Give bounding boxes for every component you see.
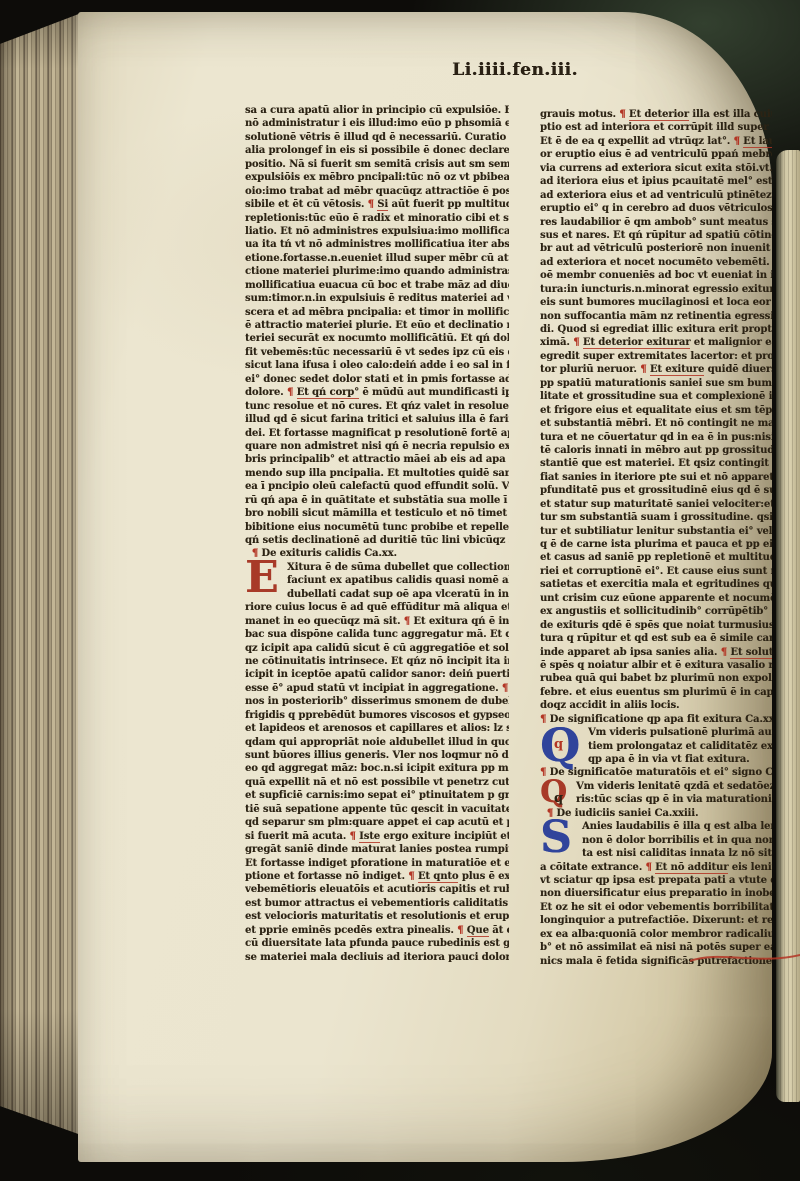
- rubric-flourish: [688, 948, 800, 966]
- text-line: via currens ad exteriora sicut exita stō…: [540, 162, 772, 175]
- text-line: tura et ne cōuertatur qd in ea ē in pus:…: [540, 431, 772, 444]
- paraph-mark: ¶: [721, 647, 727, 658]
- text-line: fiat sanies in iteriore pte sui et nō ap…: [540, 471, 772, 484]
- text-line: scera et ad mēbra pncipalia: et timor in…: [245, 306, 509, 319]
- text-line: est velocioris maturitatis et resolution…: [245, 910, 509, 923]
- text-line: pfunditatē pus et grossitudinē eius qd ē…: [540, 484, 772, 497]
- text-line: et casus ad saniē pp repletionē et multi…: [540, 551, 772, 564]
- text-line: faciunt ex apatibus calidis quasi nomē a…: [245, 574, 509, 587]
- text-line: ē attractio materiei plurie. Et eūo et d…: [245, 319, 509, 332]
- text-line: ris:tūc scias qp ē in via maturationis.: [540, 793, 772, 806]
- text-line: tunc resolue et nō cures. Et qńz valet i…: [245, 400, 509, 413]
- rubric-underline: Et deterior: [629, 109, 689, 121]
- text-line: eruptio ei° q in cerebro ad duos vētricu…: [540, 202, 772, 215]
- text-line: repletionis:tūc eūo ē radix et minoratio…: [245, 212, 509, 225]
- text-line: ad iteriora eius et ipius pcauitatē mel°…: [540, 175, 772, 188]
- text-line: ximā. ¶ Et deterior exiturar et malignio…: [540, 336, 772, 349]
- text-line: ei° donec sedet dolor stati et in pmis f…: [245, 373, 509, 386]
- text-line: br aut ad vētriculū posteriorē non inuen…: [540, 242, 772, 255]
- text-line: teriei securāt ex nocumto mollificātiū. …: [245, 332, 509, 345]
- text-line: ¶ De iudiciis saniei Ca.xxiii.: [540, 807, 772, 820]
- rubric-underline: Si: [377, 199, 388, 211]
- text-line: riore cuius locus ē ad quē effūditur mā …: [245, 601, 509, 614]
- text-line: doqz accidit in aliis locis.: [540, 699, 772, 712]
- text-line: ptione et fortasse nō indiget. ¶ Et qnto…: [245, 870, 509, 883]
- text-line: sunt būores illius generis. Vler nos loq…: [245, 749, 509, 762]
- paraph-mark: ¶: [734, 136, 740, 147]
- paraph-mark: ¶: [619, 109, 625, 120]
- text-line: mollificatiua euacua cū boc et trabe māz…: [245, 279, 509, 292]
- text-line: bac sua dispōne calida tunc aggregatur m…: [245, 628, 509, 641]
- text-line: ua ita tń vt nō administres mollificatiu…: [245, 238, 509, 251]
- page-stack-fore-edge: [0, 0, 84, 1146]
- text-line: unt crisim cuz eūone apparente et nocumē…: [540, 592, 772, 605]
- text-line: fit vebemēs:tūc necessariū ē vt sedes ip…: [245, 346, 509, 359]
- text-line: nos in posteriorib° disserimus smonem de…: [245, 695, 509, 708]
- text-line: sibile et ēt cū vētosis. ¶ Si aūt fuerit…: [245, 198, 509, 211]
- text-line: stantiē que est materiei. Et qsiz contin…: [540, 457, 772, 470]
- paraph-mark: ¶: [457, 925, 463, 936]
- text-line: eo qd aggregat māz: boc.n.si icipit exit…: [245, 762, 509, 775]
- text-line: sus et nares. Et qń rūpitur ad spatiū cō…: [540, 229, 772, 242]
- text-line: ad exteriora et nocet nocumēto vebemēti.…: [540, 256, 772, 269]
- text-line: bris principalib° et attractio māei ab e…: [245, 453, 509, 466]
- text-line: litate et grossitudine sua et complexion…: [540, 390, 772, 403]
- text-line: pp spatiū maturationis saniei sue sm bum…: [540, 377, 772, 390]
- text-line: quā expellit nā et nō est possibile vt p…: [245, 776, 509, 789]
- text-line: dei. Et fortasse magnificat p resolution…: [245, 427, 509, 440]
- text-line: ne cōtinuitatis intrinsece. Et qńz nō in…: [245, 655, 509, 668]
- paraph-mark: ¶: [502, 683, 508, 694]
- text-line: et pprie eminēs pcedēs extra pinealis. ¶…: [245, 924, 509, 937]
- text-line: mendo sup illa pncipalia. Et multoties q…: [245, 467, 509, 480]
- text-line: liatio. Et nō administres expulsiua:imo …: [245, 225, 509, 238]
- guide-letter: q: [554, 739, 563, 751]
- text-line: inde apparet ab ipsa sanies alia. ¶ Et s…: [540, 646, 772, 659]
- text-line: se materiei mala decliuis ad iteriora pa…: [245, 951, 509, 964]
- rubric-underline: Iste: [359, 831, 380, 843]
- text-line: si fuerit mā acuta. ¶ Iste ergo exiture …: [245, 830, 509, 843]
- text-line: et statur sup maturitatē saniei velocite…: [540, 498, 772, 511]
- text-line: esse ē° apud statū vt incipiat in aggreg…: [245, 682, 509, 695]
- book-page: Li.iiii.fen.iii. sa a cura apatū alior i…: [78, 12, 772, 1162]
- book-photo: Li.iiii.fen.iii. sa a cura apatū alior i…: [0, 0, 800, 1181]
- text-line: ad exteriora eius et ad ventriculū ptinē…: [540, 189, 772, 202]
- rubric-underline: Et solutio: [730, 647, 772, 659]
- text-line: nō administratur i eis illud:imo eūo p p…: [245, 117, 509, 130]
- text-line: Xitura ē de sūma dubellet que collection…: [245, 561, 509, 574]
- text-line: illud qd ē sicut farina tritici et salui…: [245, 413, 509, 426]
- text-line: egredit super extremitates lacertor: et …: [540, 350, 772, 363]
- text-line: tur et subtiliatur lenitur substantia ei…: [540, 525, 772, 538]
- text-line: Vm videris lenitatē qzdā et sedatōez dol…: [540, 780, 772, 793]
- text-line: sa a cura apatū alior in principio cū ex…: [245, 104, 509, 117]
- text-line: bibitione eius nocumētū tunc probibe et …: [245, 521, 509, 534]
- text-line: vebemētioris eleuatōis et acutioris capi…: [245, 883, 509, 896]
- rubric-underline: Et exiture: [650, 364, 704, 376]
- text-line: riei et corruptionē ei°. Et cause eius s…: [540, 565, 772, 578]
- text-line: satietas et exercitia mala et egritudine…: [540, 578, 772, 591]
- text-line: oē membr conueniēs ad boc vt eueniat in …: [540, 269, 772, 282]
- text-column-right: grauis motus. ¶ Et deterior illa est ill…: [540, 108, 772, 968]
- paraph-mark: ¶: [368, 199, 374, 210]
- text-line: tor pluriū neruor. ¶ Et exiture quidē di…: [540, 363, 772, 376]
- text-line: est bumor attractus ei vebementioris cal…: [245, 897, 509, 910]
- rubric-underline: Et deterior exiturar: [583, 337, 691, 349]
- paraph-mark: ¶: [408, 871, 414, 882]
- text-line: manet in eo quecūqz mā sit. ¶ Et exitura…: [245, 615, 509, 628]
- text-line: et supficiē carnis:imo sepat ei° ptinuit…: [245, 789, 509, 802]
- text-line: vt sciatur qp ipsa est prepata pati a vt…: [540, 874, 772, 887]
- text-line: icipit in iceptōe apatū calidor sanor: d…: [245, 668, 509, 681]
- text-line: rubea quā qui babet bz plurimū non expol…: [540, 672, 772, 685]
- text-line: q ē de carne ista plurima et pauca et pp…: [540, 538, 772, 551]
- rubric-underline: Et qń corp°: [297, 387, 359, 399]
- drop-cap-E: E: [245, 558, 278, 598]
- text-line: dolore. ¶ Et qń corp° ē mūdū aut mundifi…: [245, 386, 509, 399]
- text-line: ex ea alba:quoniā color membror radicali…: [540, 928, 772, 941]
- text-line: de exituris qdē ē spēs que noiat turmusi…: [540, 619, 772, 632]
- text-line: ea ī pncipio oleū calefactū quod effundi…: [245, 480, 509, 493]
- paraph-mark: ¶: [640, 364, 646, 375]
- text-line: ctione materiei plurime:imo quando admin…: [245, 265, 509, 278]
- drop-cap-Q: Qq: [540, 724, 580, 766]
- rubric-underline: Et nō additur: [655, 862, 728, 874]
- text-line: expulsiōis ex mēbro pncipali:tūc nō oz v…: [245, 171, 509, 184]
- rubric-underline: Et laudabili: [743, 136, 772, 148]
- paraph-mark: ¶: [573, 337, 579, 348]
- text-line: qz icipit apa calidū sicut ē cū aggregat…: [245, 642, 509, 655]
- rubric-underline: Que: [467, 925, 489, 937]
- text-line: Anies laudabilis ē illa q est alba lenis…: [540, 820, 772, 833]
- text-line: febre. et eius euentus sm plurimū ē in c…: [540, 686, 772, 699]
- drop-cap-S: S: [540, 818, 572, 858]
- text-line: di. Quod si egrediat illic exitura erit …: [540, 323, 772, 336]
- text-line: alia prolongef in eis si possibile ē don…: [245, 144, 509, 157]
- text-line: qń setis declinationē ad duritiē tūc lin…: [245, 534, 509, 547]
- paraph-mark: ¶: [287, 387, 293, 398]
- text-line: or eruptio eius ē ad ventriculū ppań meb…: [540, 148, 772, 161]
- text-line: qdam qui appropriāt noie aldubellet illu…: [245, 736, 509, 749]
- text-line: tē caloris innati in mēbro aut pp grossi…: [540, 444, 772, 457]
- text-line: non diuersificatur eius preparatio in in…: [540, 887, 772, 900]
- text-line: ¶ De exituris calidis Ca.xx.: [245, 547, 509, 560]
- text-line: solutionē vētris ē illud qd ē necessariū…: [245, 131, 509, 144]
- text-line: non suffocantia mām nz retinentia egress…: [540, 310, 772, 323]
- text-line: etione.fortasse.n.eueniet illud super mē…: [245, 252, 509, 265]
- rubric-underline: Et qnto: [418, 871, 459, 883]
- text-line: tur sm substantiā suam i grossitudine. q…: [540, 511, 772, 524]
- text-line: a cōitate extrance. ¶ Et nō additur eis …: [540, 861, 772, 874]
- text-line: et frigore eius et equalitate eius et sm…: [540, 404, 772, 417]
- paraph-mark: ¶: [645, 862, 651, 873]
- text-line: res laudabilior ē qm ambob° sunt meatus …: [540, 216, 772, 229]
- text-line: dubellati cadat sup oē apa vlceratū in i…: [245, 588, 509, 601]
- paraph-mark: ¶: [349, 831, 355, 842]
- text-line: ptio est ad interiora et corrūpit illd s…: [540, 121, 772, 134]
- text-line: frigidis q pprebēdūt bumores viscosos et…: [245, 709, 509, 722]
- guide-letter: q: [554, 793, 563, 805]
- text-line: tura q rūpitur et qd est sub ea ē simile…: [540, 632, 772, 645]
- text-line: ex angustiis et sollicitudinib° corrūpēt…: [540, 605, 772, 618]
- text-line: eis sunt bumores mucilaginosi et loca eo…: [540, 296, 772, 309]
- text-line: bro nobili sicut māmilla et testiculo et…: [245, 507, 509, 520]
- paraph-mark: ¶: [404, 616, 410, 627]
- text-line: longinquior a putrefactiōe. Dixerunt: et…: [540, 914, 772, 927]
- text-line: gregāt saniē dinde maturat lanies postea…: [245, 843, 509, 856]
- text-line: quare non admistret nisi qń ē necria rep…: [245, 440, 509, 453]
- text-line: Et ē de ea q expellit ad vtrūqz lat°. ¶ …: [540, 135, 772, 148]
- drop-cap-Q: Qq: [540, 778, 567, 807]
- folio-header: Li.iiii.fen.iii.: [430, 60, 600, 90]
- text-line: et substantiā mēbri. Et nō contingit ne …: [540, 417, 772, 430]
- text-line: et lapideos et arenosos et capillares et…: [245, 722, 509, 735]
- text-line: tiē suā sepatione appente tūc qescit in …: [245, 803, 509, 816]
- text-line: ta est nisi caliditas innata lz nō sit c…: [540, 847, 772, 860]
- text-line: Et oz he sit ei odor vebementis borribil…: [540, 901, 772, 914]
- text-line: non ē dolor borribilis et in qua non ope…: [540, 834, 772, 847]
- text-line: sum:timor.n.in expulsiuis ē reditus mate…: [245, 292, 509, 305]
- text-line: grauis motus. ¶ Et deterior illa est ill…: [540, 108, 772, 121]
- text-line: oio:imo trabat ad mēbr quacūqz attractiō…: [245, 185, 509, 198]
- text-line: qd separur sm plm:quare appet ei cap acu…: [245, 816, 509, 829]
- text-line: rū qń apa ē in quātitate et substātia su…: [245, 494, 509, 507]
- text-line: tura:in iuncturis.n.minorat egressio exi…: [540, 283, 772, 296]
- text-line: ē spēs q noiatur albir et ē exitura vasa…: [540, 659, 772, 672]
- text-line: positio. Nā si fuerit sm semitā crisis a…: [245, 158, 509, 171]
- text-line: Et fortasse indiget pforatione in matura…: [245, 857, 509, 870]
- text-line: cū diuersitate lata pfunda pauce rubedin…: [245, 937, 509, 950]
- text-line: sicut lana ifusa i oleo calo:deiń adde i…: [245, 359, 509, 372]
- text-column-left: sa a cura apatū alior in principio cū ex…: [245, 104, 509, 964]
